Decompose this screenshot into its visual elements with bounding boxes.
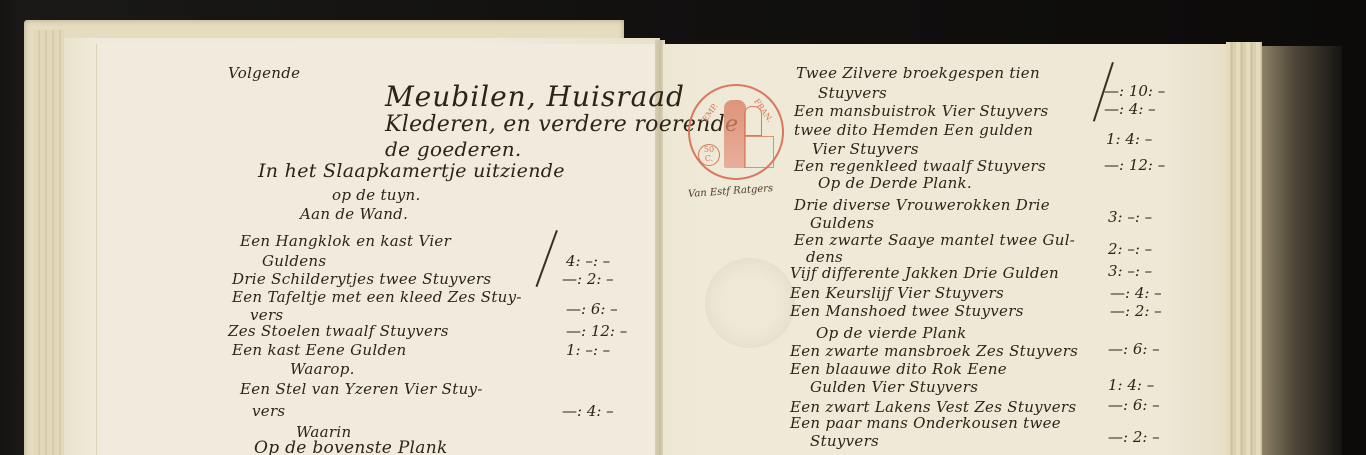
left-amount-1: 4: –: – — [566, 252, 610, 270]
right-entry-2: Een mansbuistrok Vier Stuyvers — [794, 102, 1048, 120]
room-heading-cont: op de tuyn. — [332, 186, 421, 204]
right-book-block — [1262, 46, 1342, 455]
left-entry-0: Een Hangklok en kast Vier — [240, 232, 451, 250]
right-entry2-6: Een Manshoed twee Stuyvers — [790, 302, 1024, 320]
right-amount3-5: —: 2: – — [1108, 428, 1160, 446]
right-amount-2: —: 4: – — [1104, 100, 1156, 118]
right-amount2-5: —: 4: – — [1110, 284, 1162, 302]
left-entry-1: Guldens — [262, 252, 326, 270]
section-wall: Aan de Wand. — [300, 205, 408, 223]
right-entry3-1: Een blaauwe dito Rok Eene — [790, 360, 1007, 378]
right-amount3-2: 1: 4: – — [1108, 376, 1154, 394]
section-third-shelf: Op de Derde Plank. — [818, 174, 972, 192]
right-entry3-2: Gulden Vier Stuyvers — [810, 378, 978, 396]
title-line-1: Meubilen, Huisraad — [385, 80, 685, 113]
room-heading: In het Slaapkamertje uitziende — [258, 160, 565, 182]
title-line-2: Klederen, en verdere roerende — [385, 112, 738, 137]
revenue-stamp: EMP. FRAN. 50 C. — [688, 84, 784, 180]
right-entry-0: Twee Zilvere broekgespen tien — [796, 64, 1040, 82]
left-amount-2: —: 2: – — [562, 270, 614, 288]
right-entry2-0: Drie diverse Vrouwerokken Drie — [794, 196, 1050, 214]
right-entry-5: Een regenkleed twaalf Stuyvers — [794, 157, 1046, 175]
left-entry-5: Zes Stoelen twaalf Stuyvers — [228, 322, 449, 340]
right-entry-1: Stuyvers — [818, 84, 887, 102]
left-amount2-1: —: 4: – — [562, 402, 614, 420]
left-last-line: Op de bovenste Plank — [254, 438, 448, 455]
right-entry2-5: Een Keurslijf Vier Stuyvers — [790, 284, 1004, 302]
right-entry2-2: Een zwarte Saaye mantel twee Gul- — [794, 231, 1075, 249]
right-entry2-1: Guldens — [810, 214, 874, 232]
right-amount3-0: —: 6: – — [1108, 340, 1160, 358]
right-entry3-4: Een paar mans Onderkousen twee — [790, 414, 1061, 432]
left-entry2-1: vers — [252, 402, 285, 420]
section-fourth-shelf: Op de vierde Plank — [816, 324, 966, 342]
right-entry-3: twee dito Hemden Een gulden — [794, 121, 1033, 139]
left-entry-2: Drie Schilderytjes twee Stuyvers — [232, 270, 491, 288]
right-amount2-3: 2: –: – — [1108, 240, 1152, 258]
left-entry-6: Een kast Eene Gulden — [232, 341, 407, 359]
right-entry-4: Vier Stuyvers — [812, 140, 919, 158]
stamp-pedestal — [744, 136, 774, 168]
right-amount-1: —: 10: – — [1104, 82, 1165, 100]
left-amount-4: —: 6: – — [566, 300, 618, 318]
right-amount3-3: —: 6: – — [1108, 396, 1160, 414]
right-amount-5: —: 12: – — [1104, 156, 1165, 174]
right-amount2-4: 3: –: – — [1108, 262, 1152, 280]
stamp-left-text: EMP. — [701, 102, 720, 124]
stamp-tablets — [744, 106, 762, 136]
left-page-edges — [34, 30, 64, 455]
left-entry-3: Een Tafeltje met een kleed Zes Stuy- — [232, 288, 522, 306]
section-whereon: Waarop. — [290, 360, 355, 378]
stamp-value: 50 C. — [698, 144, 720, 166]
faint-stamp-impression — [705, 258, 795, 348]
right-entry2-4: Vijf differente Jakken Drie Gulden — [790, 264, 1059, 282]
right-amount2-6: —: 2: – — [1110, 302, 1162, 320]
left-amount-5: —: 12: – — [566, 322, 627, 340]
right-amount2-1: 3: –: – — [1108, 208, 1152, 226]
left-amount-6: 1: –: – — [566, 341, 610, 359]
right-entry3-5: Stuyvers — [810, 432, 879, 450]
title-line-3: de goederen. — [385, 137, 522, 161]
right-page-edges — [1226, 42, 1262, 455]
heading-lead: Volgende — [228, 64, 300, 82]
right-amount-4: 1: 4: – — [1106, 130, 1152, 148]
stamp-figure — [724, 100, 746, 168]
left-entry2-0: Een Stel van Yzeren Vier Stuy- — [240, 380, 483, 398]
right-entry3-0: Een zwarte mansbroek Zes Stuyvers — [790, 342, 1078, 360]
